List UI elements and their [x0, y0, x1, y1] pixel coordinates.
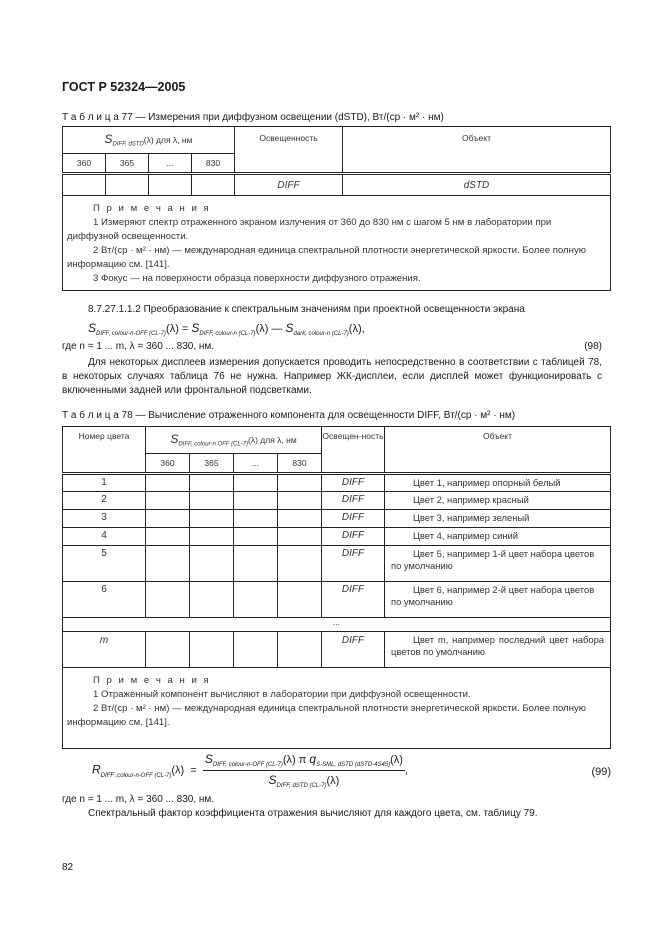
cell [278, 492, 322, 510]
row-num: 3 [63, 510, 146, 528]
row-num: 2 [63, 492, 146, 510]
illum-header: Освещенность [235, 127, 343, 174]
cell [278, 582, 322, 618]
wl-360: 360 [146, 454, 190, 474]
caption-prefix: Т а б л и ц а 77 [62, 112, 133, 123]
cell [146, 582, 190, 618]
note: 2 Вт/(ср · м² · нм) — международная един… [67, 244, 604, 272]
ellipsis-row: ... [63, 618, 611, 632]
row-num: 6 [63, 582, 146, 618]
cell [146, 528, 190, 546]
note: 2 Вт/(ср · м² · нм) — международная един… [67, 702, 604, 730]
table-78: Номер цвета SDIFF, colour-n OFF (CL-7)(λ… [62, 426, 611, 749]
cell [234, 474, 278, 492]
wl-ellipsis: ... [234, 454, 278, 474]
row-illum: DIFF [322, 528, 385, 546]
cell [190, 474, 234, 492]
row-num: m [63, 632, 146, 668]
cell [234, 528, 278, 546]
document-id: ГОСТ Р 52324—2005 [62, 80, 185, 94]
row-object: Цвет 3, например зеленый [385, 510, 611, 528]
row-illum: DIFF [322, 474, 385, 492]
closing-paragraph: Спектральный фактор коэффициента отражен… [62, 807, 602, 821]
cell [278, 632, 322, 668]
row-num: 1 [63, 474, 146, 492]
eq99-where: где n = 1 ... m, λ = 360 ... 830, нм. [62, 793, 602, 807]
cell [149, 174, 192, 196]
illum-header: Освещен-ность [322, 427, 385, 474]
illum-value: DIFF [235, 174, 343, 196]
cell [190, 528, 234, 546]
table-row: 1DIFFЦвет 1, например опорный белый [63, 474, 611, 492]
row-object: Цвет 2, например красный [385, 492, 611, 510]
cell [234, 492, 278, 510]
wl-830: 830 [278, 454, 322, 474]
num-header: Номер цвета [63, 427, 146, 474]
cell [278, 528, 322, 546]
page-number: 82 [62, 862, 73, 873]
object-header: Объект [385, 427, 611, 474]
table78-caption: Т а б л и ц а 78 — Вычисление отраженног… [62, 410, 515, 421]
row-object: Цвет 6, например 2-й цвет набора цветов … [385, 582, 611, 618]
wl-ellipsis: ... [149, 154, 192, 174]
row-num: 4 [63, 528, 146, 546]
cell [63, 174, 106, 196]
row-illum: DIFF [322, 492, 385, 510]
table-77: SDIFF, dSTD(λ) для λ, нм Освещенность Об… [62, 126, 611, 291]
eq99-number: (99) [591, 766, 611, 778]
row-object: Цвет 4, например синий [385, 528, 611, 546]
note: 3 Фокус — на поверхности образца поверхн… [67, 272, 604, 286]
table77-caption: Т а б л и ц а 77 — Измерения при диффузн… [62, 112, 444, 123]
cell [278, 546, 322, 582]
row-object: Цвет 5, например 1-й цвет набора цветов … [385, 546, 611, 582]
equation-99: RDIFF ,colour-n-OFF (CL-7)(λ) = SDIFF, c… [92, 752, 611, 789]
cell [146, 510, 190, 528]
cell [234, 582, 278, 618]
cell [190, 510, 234, 528]
cell [234, 632, 278, 668]
wl-365: 365 [106, 154, 149, 174]
cell [190, 492, 234, 510]
cell [234, 510, 278, 528]
table-row: 5DIFFЦвет 5, например 1-й цвет набора цв… [63, 546, 611, 582]
cell [192, 174, 235, 196]
table-row: 4DIFFЦвет 4, например синий [63, 528, 611, 546]
cell [146, 546, 190, 582]
caption-text: — Измерения при диффузном освещении (dST… [133, 112, 444, 123]
notes-title: П р и м е ч а н и я [67, 674, 604, 688]
cell [146, 632, 190, 668]
row-illum: DIFF [322, 546, 385, 582]
row-illum: DIFF [322, 582, 385, 618]
cell [190, 632, 234, 668]
row-illum: DIFF [322, 510, 385, 528]
spectral-col-group: SDIFF, dSTD(λ) для λ, нм [63, 127, 235, 154]
row-illum: DIFF [322, 632, 385, 668]
table-row: m DIFF Цвет m, например последний цвет н… [63, 632, 611, 668]
row-num: 5 [63, 546, 146, 582]
eq98-number: (98) [584, 340, 602, 354]
row-object: Цвет 1, например опорный белый [385, 474, 611, 492]
object-header: Объект [343, 127, 611, 174]
row-object: Цвет m, например последний цвет набора ц… [385, 632, 611, 668]
wl-360: 360 [63, 154, 106, 174]
fraction: SDIFF, colour-n-OFF (CL-7)(λ) π qS-SML, … [203, 752, 405, 789]
table-row: 3DIFFЦвет 3, например зеленый [63, 510, 611, 528]
table-row: 2DIFFЦвет 2, например красный [63, 492, 611, 510]
wl-830: 830 [192, 154, 235, 174]
table77-notes: П р и м е ч а н и я 1 Измеряют спектр от… [63, 196, 611, 291]
cell [190, 546, 234, 582]
table-row: 6DIFFЦвет 6, например 2-й цвет набора цв… [63, 582, 611, 618]
cell [146, 492, 190, 510]
note: 1 Измеряют спектр отраженного экраном из… [67, 216, 604, 244]
cell [278, 510, 322, 528]
notes-title: П р и м е ч а н и я [67, 202, 604, 216]
cell [146, 474, 190, 492]
section-heading: 8.7.27.1.1.2 Преобразование к спектральн… [62, 303, 602, 317]
cell [278, 474, 322, 492]
table78-notes: П р и м е ч а н и я 1 Отраженный компоне… [63, 668, 611, 749]
wl-365: 365 [190, 454, 234, 474]
spectral-col-group: SDIFF, colour-n OFF (CL-7)(λ) для λ, нм [146, 427, 322, 454]
cell [106, 174, 149, 196]
eq98-where: где n = 1 ... m, λ = 360 ... 830, нм. (9… [62, 340, 602, 354]
equation-98: SDIFF, colour-n-OFF (CL-7)(λ) = SDIFF, c… [88, 321, 365, 337]
section-paragraph: Для некоторых дисплеев измерения допуска… [62, 356, 602, 398]
cell [190, 582, 234, 618]
object-value: dSTD [343, 174, 611, 196]
cell [234, 546, 278, 582]
note: 1 Отраженный компонент вычисляют в лабор… [67, 688, 604, 702]
